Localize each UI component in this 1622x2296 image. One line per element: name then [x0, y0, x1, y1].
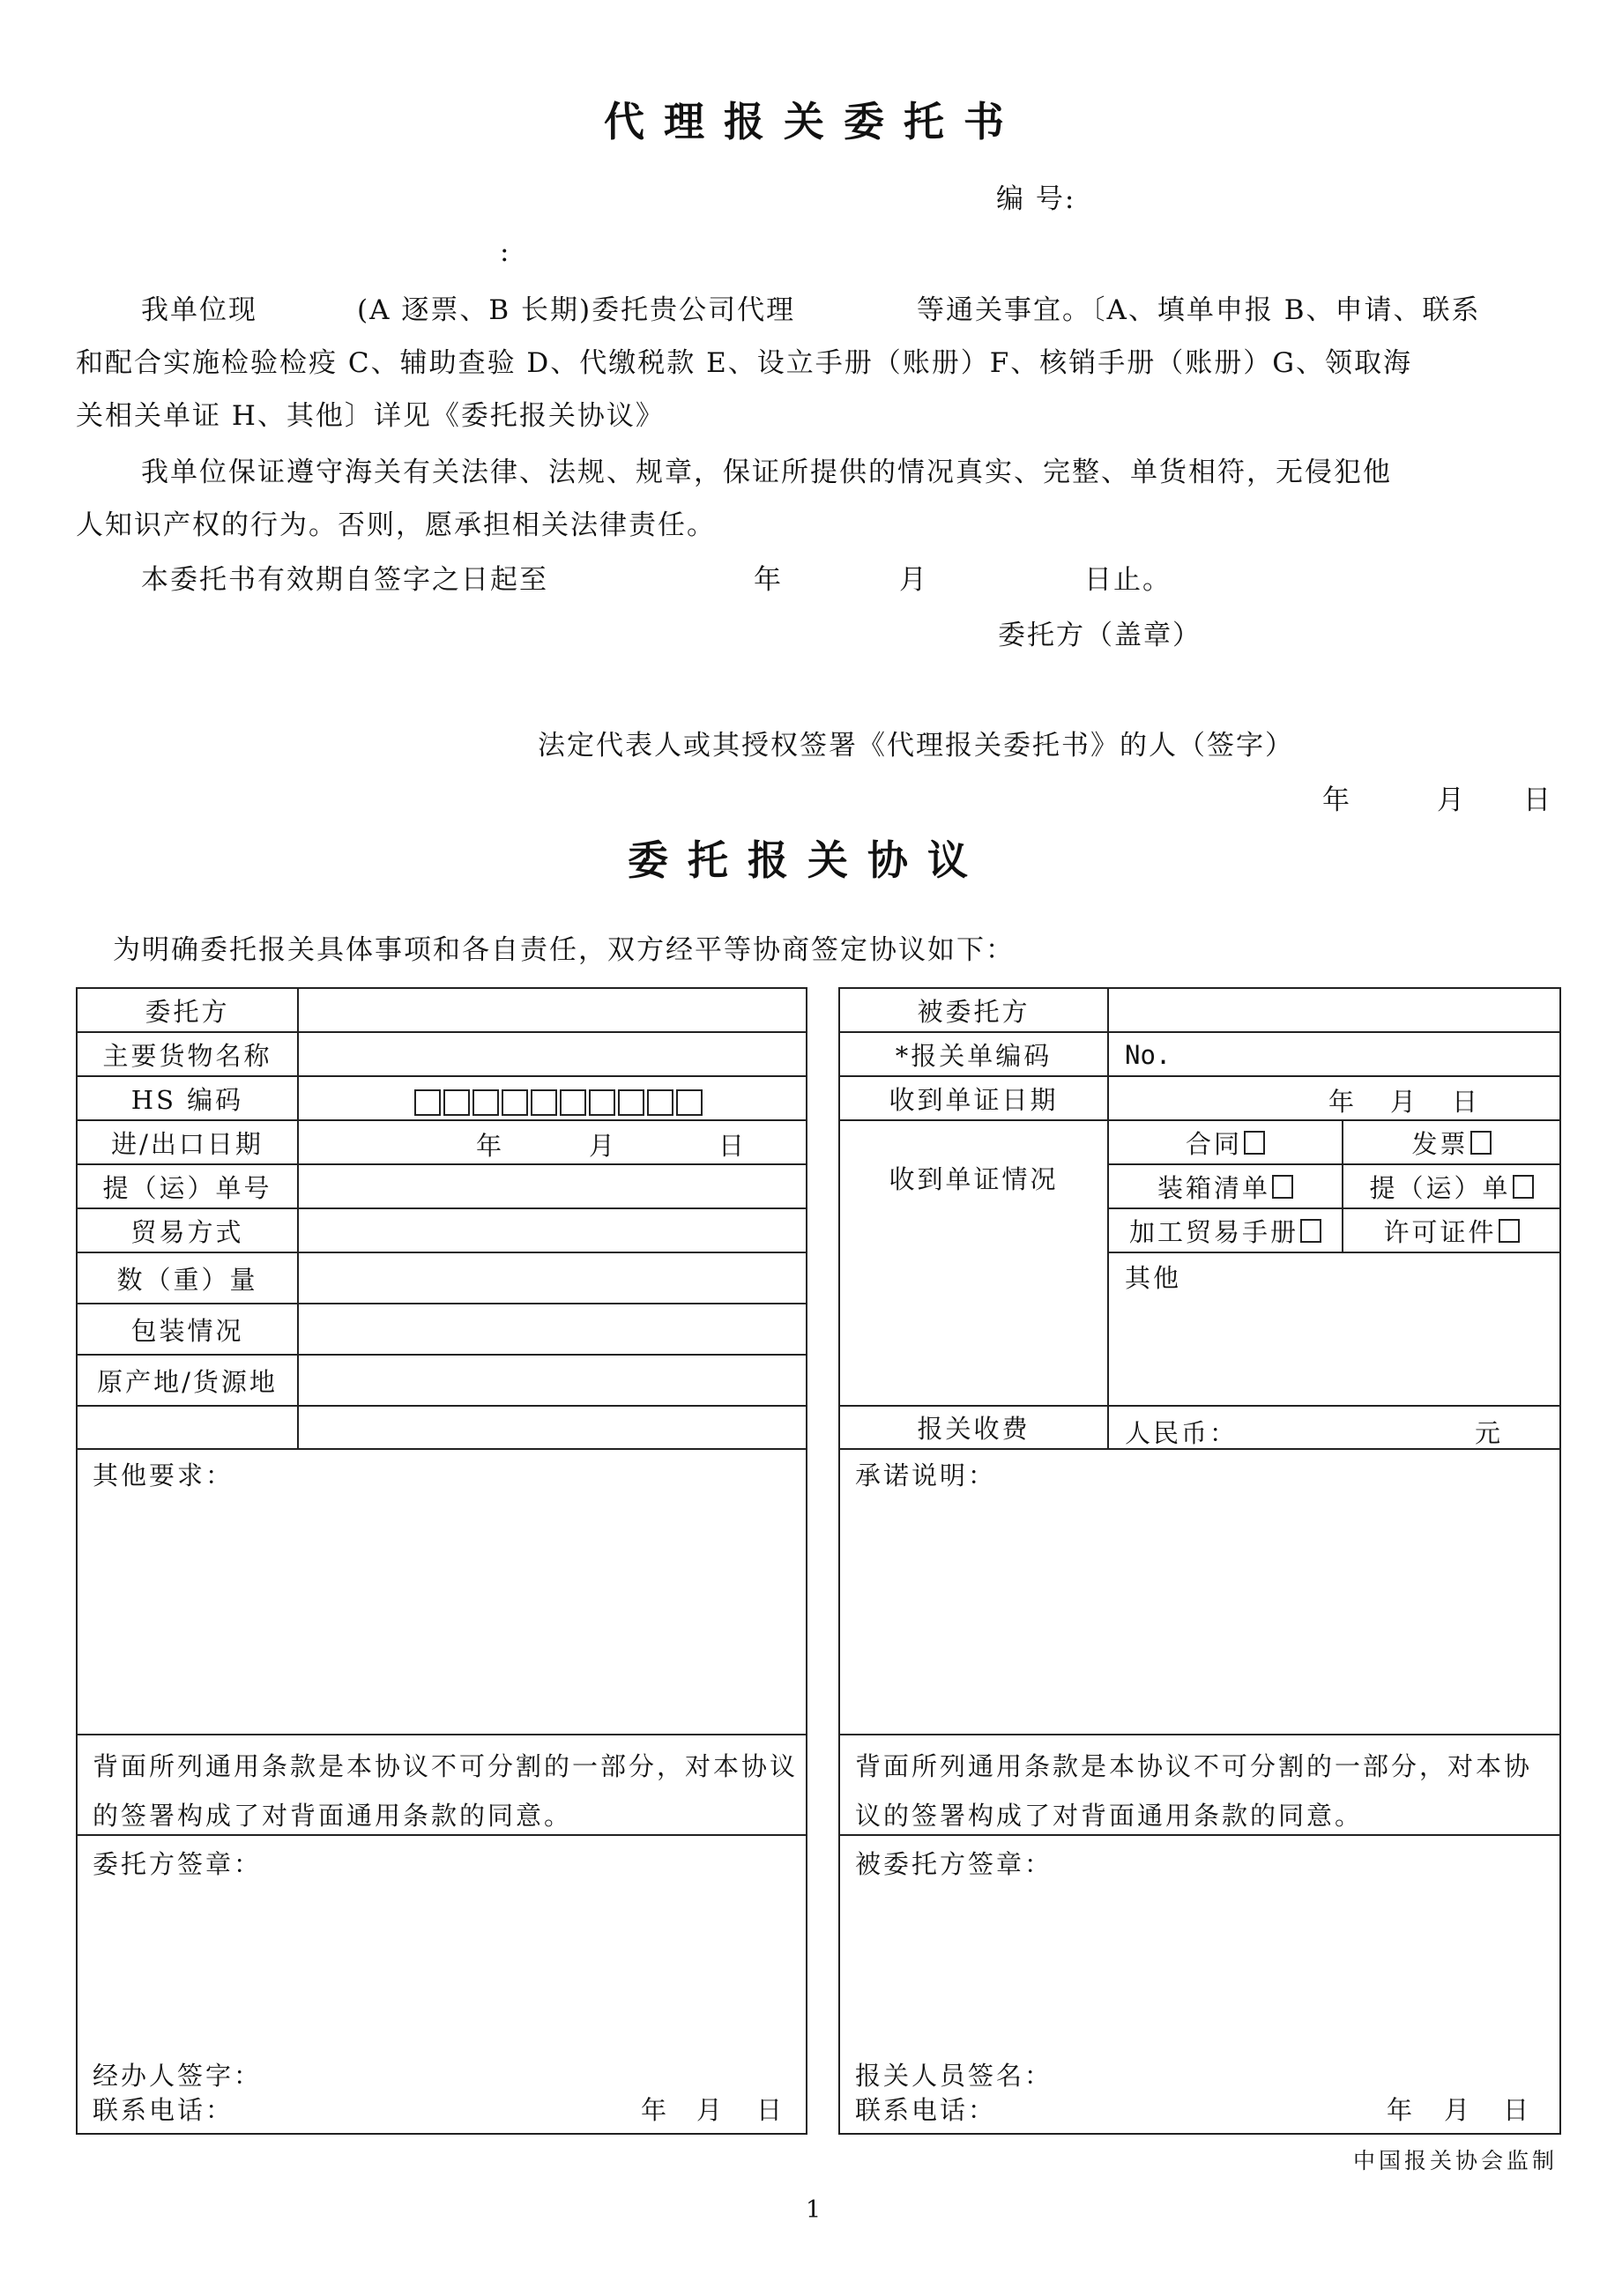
para2-line1: 我单位保证遵守海关有关法律、法规、规章，保证所提供的情况真实、完整、单货相符，无…: [141, 450, 1392, 489]
label-declaration-number: *报关单编码: [840, 1033, 1107, 1075]
fee-unit: 元: [1475, 1414, 1503, 1450]
origin-field[interactable]: [309, 1364, 793, 1400]
letter-date-day: 日: [1523, 777, 1552, 817]
received-date-month: 月: [1390, 1082, 1418, 1118]
fee-currency-label: 人民币：: [1125, 1414, 1238, 1450]
blank-field[interactable]: [309, 1414, 793, 1445]
doc-other-label: 其他: [1125, 1259, 1181, 1295]
letter-date-month: 月: [1437, 777, 1466, 817]
other-requirements-label: 其他要求：: [93, 1456, 234, 1492]
validity-month: 月: [899, 557, 928, 597]
doc-processing-trade-manual-label: 加工贸易手册: [1129, 1213, 1298, 1249]
doc-contract-label: 合同: [1186, 1125, 1242, 1161]
other-requirements-field[interactable]: [93, 1498, 789, 1723]
label-agent: 被委托方: [840, 989, 1107, 1031]
quantity-weight-field[interactable]: [309, 1262, 793, 1297]
label-hs-code: HS 编码: [78, 1077, 297, 1119]
hs-digit-box[interactable]: [676, 1089, 703, 1116]
label-origin: 原产地/货源地: [78, 1356, 297, 1405]
principal-date-day: 日: [756, 2091, 785, 2127]
broker-signature-label: 报关人员签名：: [855, 2056, 1053, 2092]
principal-signature-label: 委托方签章：: [93, 1845, 262, 1881]
para1-line1-a: 我单位现: [141, 287, 257, 327]
para1-line1-b: (A 逐票、B 长期)委托贵公司代理: [357, 287, 795, 327]
checkbox[interactable]: [1300, 1219, 1321, 1243]
serial-number-label: 编 号:: [996, 176, 1075, 216]
para2-line2: 人知识产权的行为。否则，愿承担相关法律责任。: [76, 502, 1548, 542]
hs-digit-box[interactable]: [472, 1089, 499, 1116]
doc-license[interactable]: 许可证件: [1343, 1209, 1559, 1252]
fee-amount-field[interactable]: [1234, 1412, 1463, 1444]
agent-terms-text: 背面所列通用条款是本协议不可分割的一部分，对本协议的签署构成了对背面通用条款的同…: [855, 1742, 1551, 1840]
checkbox[interactable]: [1499, 1219, 1520, 1243]
ie-date-year: 年: [476, 1126, 504, 1163]
checkbox[interactable]: [1470, 1131, 1492, 1155]
addressee-colon: :: [500, 236, 510, 268]
label-packing: 包装情况: [78, 1304, 297, 1354]
validity-prefix: 本委托书有效期自签字之日起至: [141, 557, 548, 597]
principal-date-month: 月: [696, 2091, 725, 2127]
hs-digit-box[interactable]: [502, 1089, 528, 1116]
principal-date-year: 年: [641, 2091, 669, 2127]
hs-code-field[interactable]: [414, 1086, 705, 1116]
agent-phone-label: 联系电话：: [855, 2091, 996, 2127]
legal-rep-signature-label: 法定代表人或其授权签署《代理报关委托书》的人（签字）: [538, 723, 1294, 762]
doc-other-field[interactable]: [1125, 1296, 1548, 1397]
bill-of-lading-field[interactable]: [309, 1172, 793, 1204]
commitment-field[interactable]: [855, 1498, 1543, 1723]
principal-terms-text: 背面所列通用条款是本协议不可分割的一部分，对本协议的签署构成了对背面通用条款的同…: [93, 1742, 798, 1840]
received-date-year: 年: [1328, 1082, 1357, 1118]
checkbox[interactable]: [1513, 1175, 1534, 1199]
agent-date-month: 月: [1444, 2091, 1472, 2127]
label-documents-received: 收到单证情况: [840, 1121, 1107, 1234]
label-bill-of-lading: 提（运）单号: [78, 1165, 297, 1207]
validity-day-end: 日止。: [1084, 557, 1172, 597]
hs-digit-box[interactable]: [414, 1089, 441, 1116]
ie-date-month: 月: [589, 1126, 617, 1163]
hs-digit-box[interactable]: [647, 1089, 673, 1116]
hs-digit-box[interactable]: [443, 1089, 470, 1116]
para1-line1-c: 等通关事宜。〔A、填单申报 B、申请、联系: [917, 287, 1481, 327]
doc-packing-list-label: 装箱清单: [1157, 1169, 1270, 1205]
label-import-export-date: 进/出口日期: [78, 1121, 297, 1163]
letter-date-year: 年: [1322, 777, 1351, 817]
agreement-intro: 为明确委托报关具体事项和各自责任，双方经平等协商签定协议如下：: [113, 927, 1015, 967]
doc-processing-trade-manual[interactable]: 加工贸易手册: [1109, 1209, 1342, 1252]
label-goods-name: 主要货物名称: [78, 1033, 297, 1075]
agent-field[interactable]: [1120, 996, 1543, 1028]
agreement-title: 委托报关协议: [628, 828, 987, 887]
doc-license-label: 许可证件: [1383, 1213, 1496, 1249]
agent-date-day: 日: [1503, 2091, 1531, 2127]
handler-signature-label: 经办人签字：: [93, 2056, 262, 2092]
para1-line2: 和配合实施检验检疫 C、辅助查验 D、代缴税款 E、设立手册（账册）F、核销手册…: [76, 340, 1548, 380]
doc-invoice[interactable]: 发票: [1343, 1121, 1559, 1163]
doc-contract[interactable]: 合同: [1109, 1121, 1342, 1163]
goods-name-field[interactable]: [309, 1040, 793, 1072]
received-date-day: 日: [1452, 1082, 1480, 1118]
packing-field[interactable]: [309, 1313, 793, 1349]
hs-digit-box[interactable]: [560, 1089, 586, 1116]
trade-mode-field[interactable]: [309, 1216, 793, 1248]
para1-line3: 关相关单证 H、其他〕详见《委托报关协议》: [76, 393, 1548, 433]
hs-digit-box[interactable]: [618, 1089, 644, 1116]
doc-bill-of-lading-label: 提（运）单: [1369, 1169, 1510, 1205]
label-quantity-weight: 数（重）量: [78, 1253, 297, 1303]
proxy-letter-title: 代理报关委托书: [604, 90, 1023, 148]
principal-seal-label: 委托方（盖章）: [998, 613, 1202, 652]
hs-digit-box[interactable]: [531, 1089, 557, 1116]
label-principal: 委托方: [78, 989, 297, 1031]
page-number: 1: [806, 2196, 821, 2224]
checkbox[interactable]: [1244, 1131, 1265, 1155]
ie-date-day: 日: [718, 1126, 747, 1163]
checkbox[interactable]: [1272, 1175, 1293, 1199]
label-documents-received-date: 收到单证日期: [840, 1077, 1107, 1119]
label-blank: [78, 1407, 297, 1448]
principal-phone-label: 联系电话：: [93, 2091, 234, 2127]
declaration-number-field[interactable]: No.: [1125, 1040, 1171, 1070]
doc-bill-of-lading[interactable]: 提（运）单: [1343, 1165, 1559, 1207]
doc-invoice-label: 发票: [1411, 1125, 1468, 1161]
agent-date-year: 年: [1387, 2091, 1415, 2127]
validity-year: 年: [754, 557, 783, 597]
supervisor-note: 中国报关协会监制: [1353, 2144, 1558, 2175]
label-customs-fee: 报关收费: [840, 1407, 1107, 1448]
hs-digit-box[interactable]: [589, 1089, 615, 1116]
commitment-label: 承诺说明：: [855, 1456, 996, 1492]
principal-field[interactable]: [309, 996, 793, 1028]
label-trade-mode: 贸易方式: [78, 1209, 297, 1252]
doc-packing-list[interactable]: 装箱清单: [1109, 1165, 1342, 1207]
agent-signature-label: 被委托方签章：: [855, 1845, 1053, 1881]
